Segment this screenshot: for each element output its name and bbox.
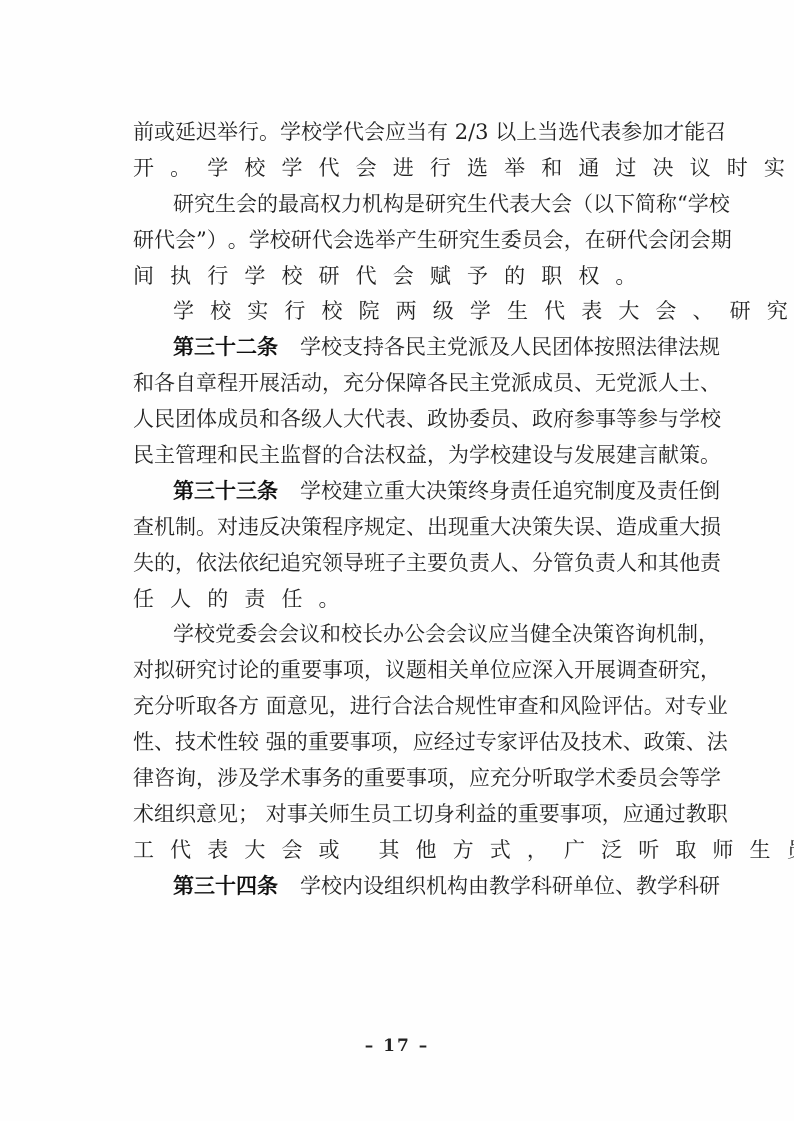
- line-text: 研究生会的最高权力机构是研究生代表大会（以下简称“学校: [173, 187, 730, 223]
- text-line: 术组织意见； 对事关师生员工切身利益的重要事项，应通过教职: [133, 797, 699, 833]
- text-line: 前或延迟举行。学校学代会应当有 2/3 以上当选代表参加才能召: [133, 115, 699, 151]
- line-text: 开。学校学代会进行选举和通过决议时实行投票表决制。: [133, 151, 794, 187]
- line-text: 术组织意见； 对事关师生员工切身利益的重要事项，应通过教职: [133, 797, 728, 833]
- line-text: 研代会”）。学校研代会选举产生研究生委员会，在研代会闭会期: [133, 223, 732, 259]
- text-line: 工代表大会或 其他方式，广泛听取师生员工的意见。: [133, 833, 699, 869]
- text-line: 学校实行校院两级学生代表大会、研究生代表大会制度。: [133, 294, 699, 330]
- text-line: 充分听取各方 面意见，进行合法合规性审查和风险评估。对专业: [133, 689, 699, 725]
- line-text: 间执行学校研代会赋予的职权。: [133, 259, 699, 295]
- line-text: 前或延迟举行。学校学代会应当有 2/3 以上当选代表参加才能召: [133, 115, 726, 151]
- line-text: 民主管理和民主监督的合法权益，为学校建设与发展建言献策。: [133, 438, 721, 474]
- line-text: 对拟研究讨论的重要事项，议题相关单位应深入开展调查研究，: [133, 653, 721, 689]
- text-line: 查机制。对违反决策程序规定、出现重大决策失误、造成重大损: [133, 510, 699, 546]
- document-body: 前或延迟举行。学校学代会应当有 2/3 以上当选代表参加才能召开。学校学代会进行…: [133, 115, 699, 905]
- text-line: 失的，依法依纪追究领导班子主要负责人、分管负责人和其他责: [133, 546, 699, 582]
- text-line: 研究生会的最高权力机构是研究生代表大会（以下简称“学校: [133, 187, 699, 223]
- line-text: 学校内设组织机构由教学科研单位、教学科研: [300, 869, 720, 905]
- text-line: 性、技术性较 强的重要事项，应经过专家评估及技术、政策、法: [133, 725, 699, 761]
- page-number: – 17 –: [0, 1036, 794, 1056]
- line-text: 性、技术性较 强的重要事项，应经过专家评估及技术、政策、法: [133, 725, 728, 761]
- text-line: 律咨询，涉及学术事务的重要事项，应充分听取学术委员会等学: [133, 761, 699, 797]
- text-line: 间执行学校研代会赋予的职权。: [133, 259, 699, 295]
- article-line: 第三十二条学校支持各民主党派及人民团体按照法律法规: [133, 330, 699, 366]
- article-number: 第三十二条: [173, 330, 278, 366]
- line-text: 律咨询，涉及学术事务的重要事项，应充分听取学术委员会等学: [133, 761, 721, 797]
- text-line: 对拟研究讨论的重要事项，议题相关单位应深入开展调查研究，: [133, 653, 699, 689]
- line-text: 人民团体成员和各级人大代表、政协委员、政府参事等参与学校: [133, 402, 721, 438]
- line-text: 失的，依法依纪追究领导班子主要负责人、分管负责人和其他责: [133, 546, 721, 582]
- article-line: 第三十四条学校内设组织机构由教学科研单位、教学科研: [133, 869, 699, 905]
- line-text: 和各自章程开展活动，充分保障各民主党派成员、无党派人士、: [133, 366, 721, 402]
- text-line: 民主管理和民主监督的合法权益，为学校建设与发展建言献策。: [133, 438, 699, 474]
- line-text: 充分听取各方 面意见，进行合法合规性审查和风险评估。对专业: [133, 689, 728, 725]
- line-text: 查机制。对违反决策程序规定、出现重大决策失误、造成重大损: [133, 510, 721, 546]
- article-number: 第三十三条: [173, 474, 278, 510]
- line-text: 学校支持各民主党派及人民团体按照法律法规: [300, 330, 720, 366]
- text-line: 人民团体成员和各级人大代表、政协委员、政府参事等参与学校: [133, 402, 699, 438]
- line-text: 学校实行校院两级学生代表大会、研究生代表大会制度。: [173, 294, 794, 330]
- article-line: 第三十三条学校建立重大决策终身责任追究制度及责任倒: [133, 474, 699, 510]
- line-text: 工代表大会或 其他方式，广泛听取师生员工的意见。: [133, 833, 794, 869]
- line-text: 学校建立重大决策终身责任追究制度及责任倒: [300, 474, 720, 510]
- line-text: 任人的责任。: [133, 582, 699, 618]
- text-line: 任人的责任。: [133, 582, 699, 618]
- text-line: 开。学校学代会进行选举和通过决议时实行投票表决制。: [133, 151, 699, 187]
- text-line: 和各自章程开展活动，充分保障各民主党派成员、无党派人士、: [133, 366, 699, 402]
- text-line: 研代会”）。学校研代会选举产生研究生委员会，在研代会闭会期: [133, 223, 699, 259]
- article-number: 第三十四条: [173, 869, 278, 905]
- document-page: 前或延迟举行。学校学代会应当有 2/3 以上当选代表参加才能召开。学校学代会进行…: [0, 0, 794, 1121]
- text-line: 学校党委会会议和校长办公会会议应当健全决策咨询机制，: [133, 617, 699, 653]
- line-text: 学校党委会会议和校长办公会会议应当健全决策咨询机制，: [173, 617, 719, 653]
